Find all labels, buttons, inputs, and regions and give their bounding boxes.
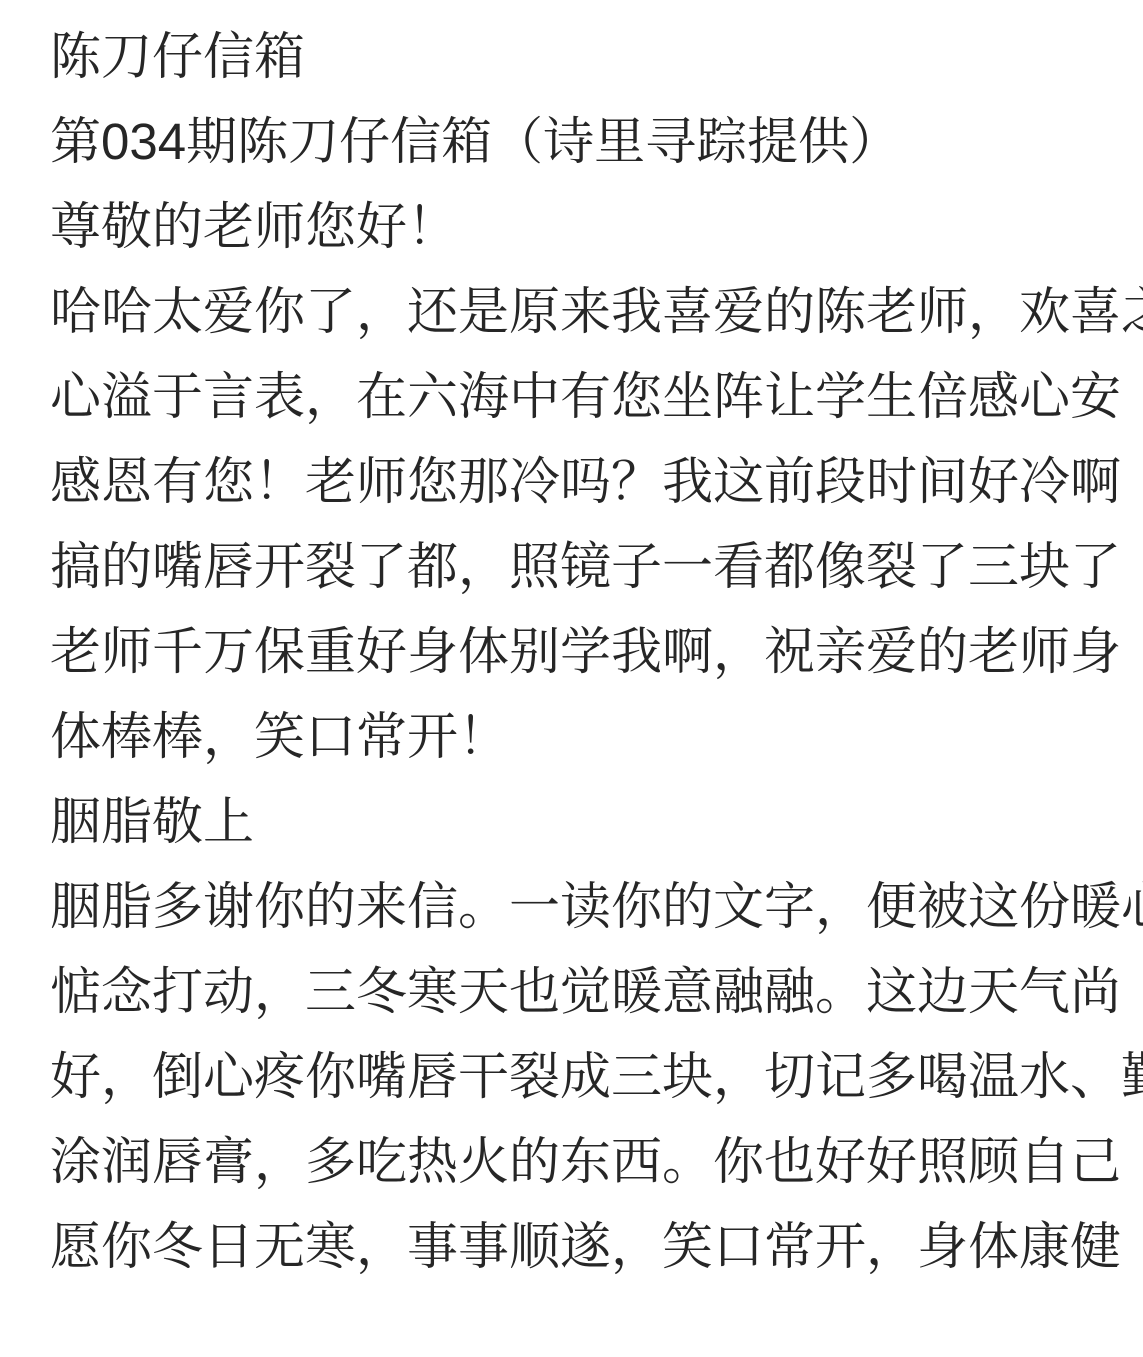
text-line: 胭脂敬上 [0,779,1143,864]
text-line: 感恩有您！老师您那冷吗？我这前段时间好冷啊 [0,439,1143,524]
text-line: 搞的嘴唇开裂了都，照镜子一看都像裂了三块了 [0,524,1143,609]
text-line: 胭脂多谢你的来信。一读你的文字，便被这份暖心 [0,864,1143,949]
text-line: 好，倒心疼你嘴唇干裂成三块，切记多喝温水、勤 [0,1034,1143,1119]
text-line: 愿你冬日无寒，事事顺遂，笑口常开，身体康健 [0,1204,1143,1289]
text-line: 心溢于言表，在六海中有您坐阵让学生倍感心安 [0,354,1143,439]
salutation: 尊敬的老师您好！ [0,184,1143,269]
text-line: 体棒棒，笑口常开！ [0,694,1143,779]
text-line: 哈哈太爱你了，还是原来我喜爱的陈老师，欢喜之 [0,269,1143,354]
page-title: 陈刀仔信箱 [0,14,1143,99]
text-line: 惦念打动，三冬寒天也觉暖意融融。这边天气尚 [0,949,1143,1034]
text-line: 老师千万保重好身体别学我啊，祝亲爱的老师身 [0,609,1143,694]
issue-heading: 第034期陈刀仔信箱（诗里寻踪提供） [0,99,1143,184]
letter-body: 陈刀仔信箱第034期陈刀仔信箱（诗里寻踪提供）尊敬的老师您好！哈哈太爱你了，还是… [0,14,1143,1289]
text-line: 涂润唇膏，多吃热火的东西。你也好好照顾自己 [0,1119,1143,1204]
